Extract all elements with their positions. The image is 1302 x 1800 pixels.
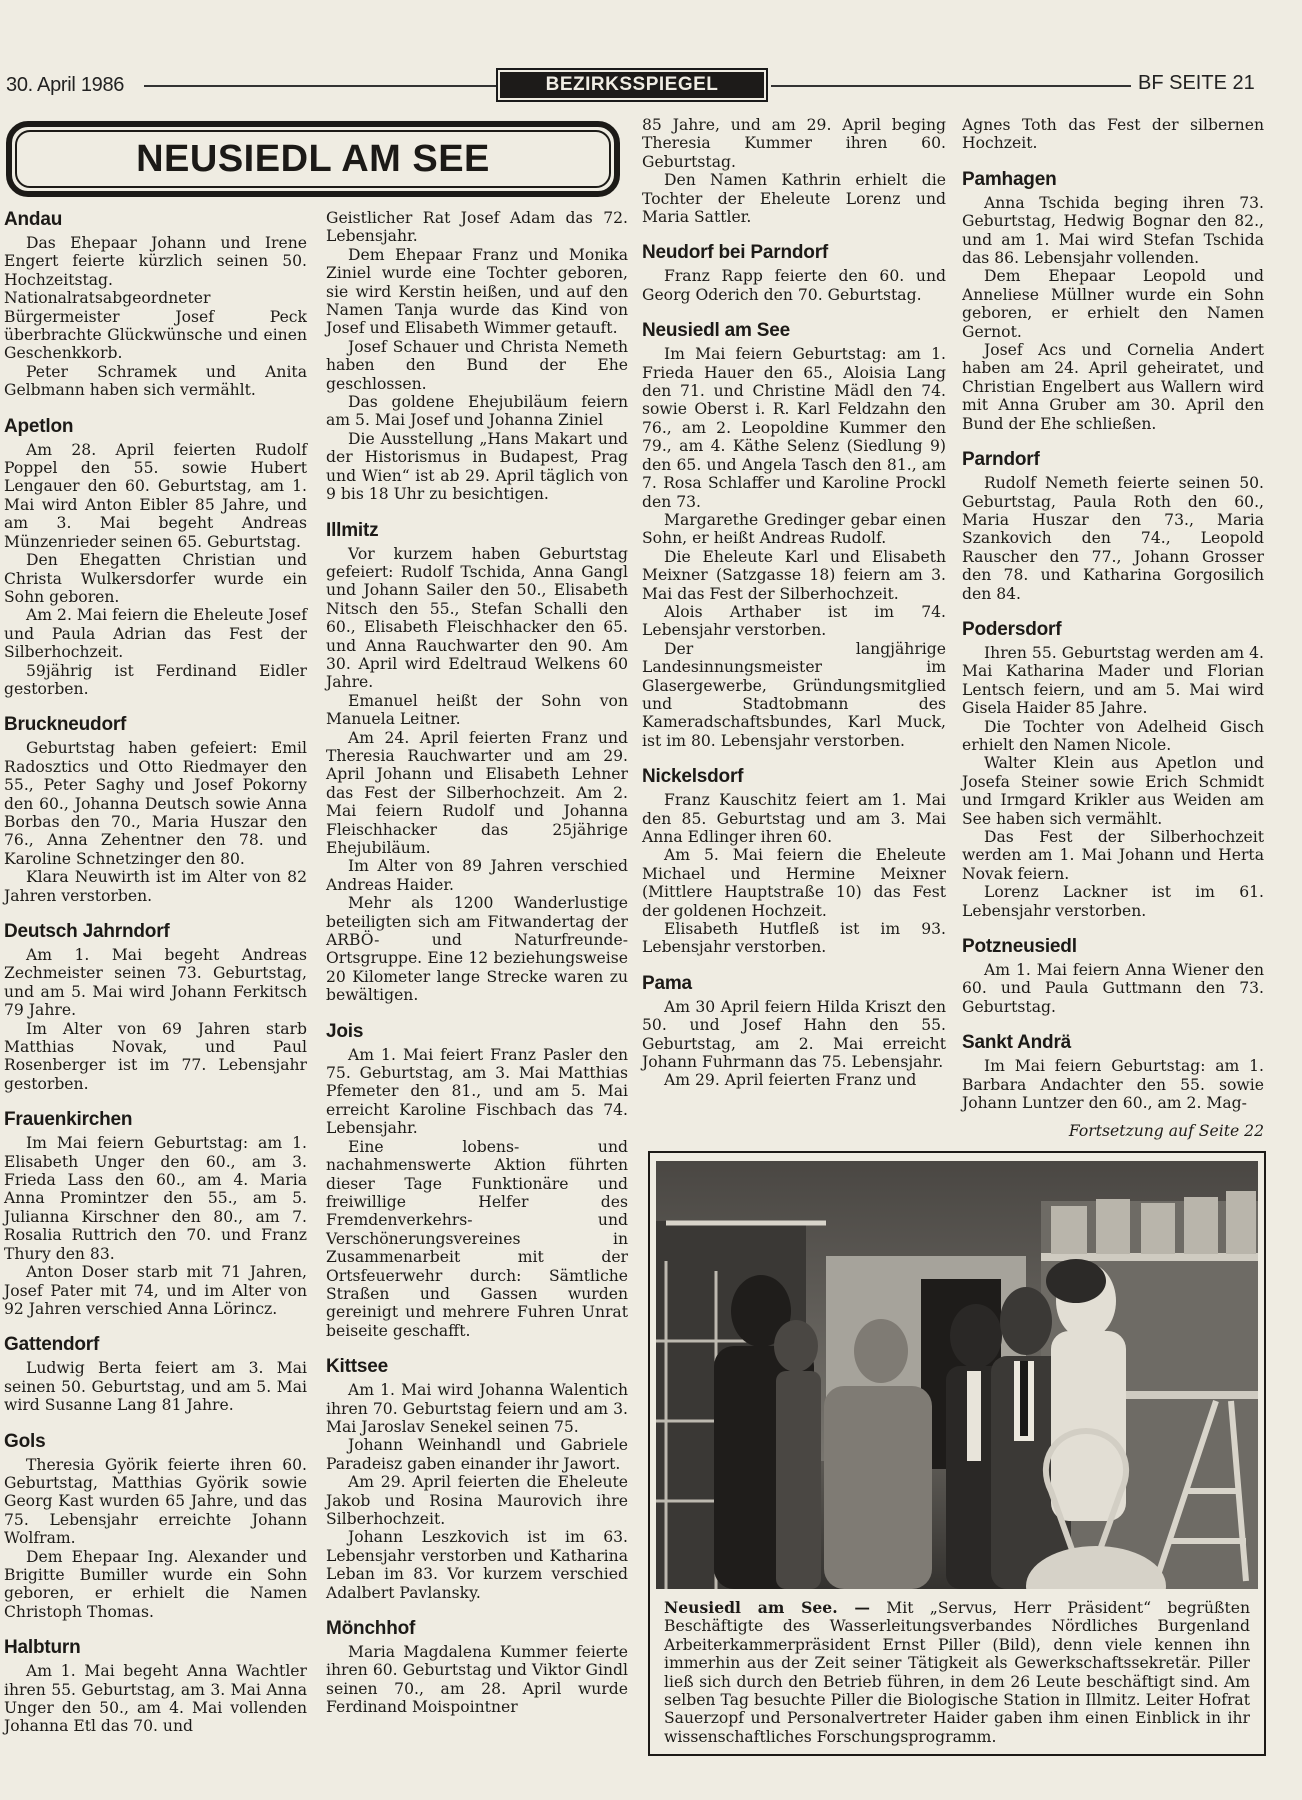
section-title: Kittsee [326, 1356, 628, 1378]
section-title: Nickelsdorf [642, 766, 946, 788]
header-rule-left [144, 85, 496, 87]
caption-lead: Neusiedl am See. — [664, 1598, 870, 1617]
section-title: Pama [642, 973, 946, 995]
news-paragraph: Eine lobens- und nachahmenswerte Aktion … [326, 1138, 628, 1340]
news-section: Deutsch JahrndorfAm 1. Mai begeht Andrea… [4, 921, 307, 1093]
page-number: BF SEITE 21 [1138, 72, 1255, 95]
news-section: MönchhofMaria Magdalena Kummer feierte i… [326, 1618, 628, 1717]
news-section: Sankt AndräIm Mai feiern Geburtstag: am … [962, 1032, 1264, 1112]
section-title: Mönchhof [326, 1618, 628, 1640]
column-2: Geistlicher Rat Josef Adam das 72. Leben… [326, 209, 628, 1733]
news-paragraph: Agnes Toth das Fest der silbernen Hochze… [962, 116, 1264, 153]
news-paragraph: Am 24. April feierten Franz und Theresia… [326, 729, 628, 858]
news-section: Neudorf bei ParndorfFranz Rapp feierte d… [642, 242, 946, 304]
section-title: Frauenkirchen [4, 1109, 307, 1131]
news-section: AndauDas Ehepaar Johann und Irene Engert… [4, 209, 307, 400]
news-paragraph: Elisabeth Hutfleß ist im 93. Lebensjahr … [642, 920, 946, 957]
news-section: 85 Jahre, und am 29. April beging Theres… [642, 116, 946, 226]
section-title: Gols [4, 1431, 307, 1453]
section-title: Neudorf bei Parndorf [642, 242, 946, 264]
news-section: NickelsdorfFranz Kauschitz feiert am 1. … [642, 766, 946, 957]
news-paragraph: Franz Kauschitz feiert am 1. Mai den 85.… [642, 791, 946, 846]
news-paragraph: Das Ehepaar Johann und Irene Engert feie… [4, 234, 307, 363]
news-paragraph: Franz Rapp feierte den 60. und Georg Ode… [642, 267, 946, 304]
section-title: Potzneusiedl [962, 936, 1264, 958]
news-paragraph: Theresia Györik feierte ihren 60. Geburt… [4, 1456, 307, 1548]
section-label-box: BEZIRKSSPIEGEL [496, 68, 768, 102]
photo-caption: Neusiedl am See. — Mit „Servus, Herr Prä… [664, 1599, 1250, 1746]
news-paragraph: Die Ausstellung „Hans Makart und der His… [326, 430, 628, 504]
news-section: PamhagenAnna Tschida beging ihren 73. Ge… [962, 169, 1264, 433]
news-section: Geistlicher Rat Josef Adam das 72. Leben… [326, 209, 628, 504]
news-paragraph: Im Mai feiern Geburtstag: am 1. Frieda H… [642, 345, 946, 511]
news-section: PotzneusiedlAm 1. Mai feiern Anna Wiener… [962, 936, 1264, 1016]
district-masthead: NEUSIEDL AM SEE [6, 121, 620, 197]
news-paragraph: Ihren 55. Geburtstag werden am 4. Mai Ka… [962, 644, 1264, 718]
news-paragraph: Maria Magdalena Kummer feierte ihren 60.… [326, 1643, 628, 1717]
news-paragraph: Dem Ehepaar Ing. Alexander und Brigitte … [4, 1548, 307, 1622]
column-3: 85 Jahre, und am 29. April beging Theres… [642, 116, 946, 1106]
news-paragraph: Die Tochter von Adelheid Gisch erhielt d… [962, 718, 1264, 755]
caption-text: Mit „Servus, Herr Präsident“ begrüßten B… [664, 1599, 1250, 1746]
news-section: JoisAm 1. Mai feiert Franz Pasler den 75… [326, 1021, 628, 1341]
section-title: Apetlon [4, 416, 307, 438]
section-title: Bruckneudorf [4, 714, 307, 736]
header-rule-right [771, 85, 1131, 87]
news-section: GattendorfLudwig Berta feiert am 3. Mai … [4, 1334, 307, 1414]
news-paragraph: Josef Schauer und Christa Nemeth haben d… [326, 338, 628, 393]
news-section: FrauenkirchenIm Mai feiern Geburtstag: a… [4, 1109, 307, 1318]
news-paragraph: Am 2. Mai feiern die Eheleute Josef und … [4, 606, 307, 661]
news-paragraph: Am 28. April feierten Rudolf Poppel den … [4, 441, 307, 551]
news-paragraph: Am 29. April feierten die Eheleute Jakob… [326, 1473, 628, 1528]
news-paragraph: Anton Doser starb mit 71 Jahren, Josef P… [4, 1263, 307, 1318]
news-paragraph: Lorenz Lackner ist im 61. Lebensjahr ver… [962, 883, 1264, 920]
news-paragraph: Josef Acs und Cornelia Andert haben am 2… [962, 341, 1264, 433]
section-title: Halbturn [4, 1637, 307, 1659]
news-paragraph: Anna Tschida beging ihren 73. Geburtstag… [962, 194, 1264, 268]
section-label: BEZIRKSSPIEGEL [500, 72, 764, 98]
photo-box: Neusiedl am See. — Mit „Servus, Herr Prä… [648, 1151, 1266, 1756]
news-paragraph: Klara Neuwirth ist im Alter von 82 Jahre… [4, 868, 307, 905]
news-paragraph: Im Mai feiern Geburtstag: am 1. Elisabet… [4, 1134, 307, 1263]
news-paragraph: Das Fest der Silberhochzeit werden am 1.… [962, 828, 1264, 883]
news-section: HalbturnAm 1. Mai begeht Anna Wachtler i… [4, 1637, 307, 1736]
issue-date: 30. April 1986 [6, 74, 124, 97]
section-title: Andau [4, 209, 307, 231]
news-paragraph: Am 1. Mai wird Johanna Walentich ihren 7… [326, 1381, 628, 1436]
photo-illustration [656, 1161, 1258, 1589]
news-paragraph: Am 29. April feierten Franz und [642, 1071, 946, 1089]
district-title: NEUSIEDL AM SEE [15, 130, 611, 188]
news-paragraph: Walter Klein aus Apetlon und Josefa Stei… [962, 754, 1264, 828]
news-section: BruckneudorfGeburtstag haben gefeiert: E… [4, 714, 307, 905]
news-paragraph: Ludwig Berta feiert am 3. Mai seinen 50.… [4, 1359, 307, 1414]
news-paragraph: Am 30 April feiern Hilda Kriszt den 50. … [642, 998, 946, 1072]
section-title: Podersdorf [962, 619, 1264, 641]
news-paragraph: Den Namen Kathrin erhielt die Tochter de… [642, 171, 946, 226]
news-paragraph: Die Eheleute Karl und Elisabeth Meixner … [642, 548, 946, 603]
news-section: IllmitzVor kurzem haben Geburtstag gefei… [326, 520, 628, 1005]
news-paragraph: Am 5. Mai feiern die Eheleute Michael un… [642, 846, 946, 920]
news-paragraph: Geistlicher Rat Josef Adam das 72. Leben… [326, 209, 628, 246]
news-paragraph: Am 1. Mai feiern Anna Wiener den 60. und… [962, 961, 1264, 1016]
continued-on-page-link: Fortsetzung auf Seite 22 [962, 1122, 1264, 1140]
news-paragraph: Den Ehegatten Christian und Christa Wulk… [4, 551, 307, 606]
news-paragraph: Peter Schramek und Anita Gelbmann haben … [4, 363, 307, 400]
news-paragraph: Vor kurzem haben Geburtstag gefeiert: Ru… [326, 545, 628, 692]
news-section: KittseeAm 1. Mai wird Johanna Walentich … [326, 1356, 628, 1602]
news-paragraph: Der langjährige Landesinnungsmeister im … [642, 640, 946, 750]
news-paragraph: Im Alter von 89 Jahren verschied Andreas… [326, 857, 628, 894]
section-title: Illmitz [326, 520, 628, 542]
news-section: ParndorfRudolf Nemeth feierte seinen 50.… [962, 449, 1264, 603]
news-paragraph: Mehr als 1200 Wanderlustige beteiligten … [326, 894, 628, 1004]
column-1: AndauDas Ehepaar Johann und Irene Engert… [4, 209, 307, 1752]
page-header: 30. April 1986 BEZIRKSSPIEGEL BF SEITE 2… [0, 66, 1302, 108]
section-title: Gattendorf [4, 1334, 307, 1356]
news-section: PamaAm 30 April feiern Hilda Kriszt den … [642, 973, 946, 1090]
news-paragraph: Dem Ehepaar Leopold und Anneliese Müllne… [962, 267, 1264, 341]
section-title: Deutsch Jahrndorf [4, 921, 307, 943]
news-section: PodersdorfIhren 55. Geburtstag werden am… [962, 619, 1264, 920]
news-paragraph: Johann Weinhandl und Gabriele Paradeisz … [326, 1436, 628, 1473]
news-section: ApetlonAm 28. April feierten Rudolf Popp… [4, 416, 307, 699]
section-title: Jois [326, 1021, 628, 1043]
news-section: Agnes Toth das Fest der silbernen Hochze… [962, 116, 1264, 153]
news-paragraph: Das goldene Ehejubiläum feiern am 5. Mai… [326, 393, 628, 430]
section-title: Neusiedl am See [642, 320, 946, 342]
section-title: Sankt Andrä [962, 1032, 1264, 1054]
news-section: GolsTheresia Györik feierte ihren 60. Ge… [4, 1431, 307, 1622]
news-paragraph: Emanuel heißt der Sohn von Manuela Leitn… [326, 692, 628, 729]
news-paragraph: Geburtstag haben gefeiert: Emil Radoszti… [4, 739, 307, 868]
section-title: Parndorf [962, 449, 1264, 471]
news-paragraph: Im Mai feiern Geburtstag: am 1. Barbara … [962, 1057, 1264, 1112]
news-paragraph: 85 Jahre, und am 29. April beging Theres… [642, 116, 946, 171]
news-paragraph: Dem Ehepaar Franz und Monika Ziniel wurd… [326, 246, 628, 338]
news-paragraph: Im Alter von 69 Jahren starb Matthias No… [4, 1020, 307, 1094]
news-paragraph: Am 1. Mai feiert Franz Pasler den 75. Ge… [326, 1046, 628, 1138]
news-paragraph: Am 1. Mai begeht Anna Wachtler ihren 55.… [4, 1662, 307, 1736]
news-photo [656, 1161, 1258, 1589]
news-paragraph: Johann Leszkovich ist im 63. Lebensjahr … [326, 1528, 628, 1602]
news-section: Neusiedl am SeeIm Mai feiern Geburtstag:… [642, 320, 946, 750]
news-paragraph: Alois Arthaber ist im 74. Lebensjahr ver… [642, 603, 946, 640]
news-paragraph: Margarethe Gredinger gebar einen Sohn, e… [642, 511, 946, 548]
news-paragraph: Rudolf Nemeth feierte seinen 50. Geburts… [962, 474, 1264, 603]
column-4: Agnes Toth das Fest der silbernen Hochze… [962, 116, 1264, 1141]
news-paragraph: Am 1. Mai begeht Andreas Zechmeister sei… [4, 946, 307, 1020]
news-paragraph: 59jährig ist Ferdinand Eidler gestorben. [4, 662, 307, 699]
section-title: Pamhagen [962, 169, 1264, 191]
